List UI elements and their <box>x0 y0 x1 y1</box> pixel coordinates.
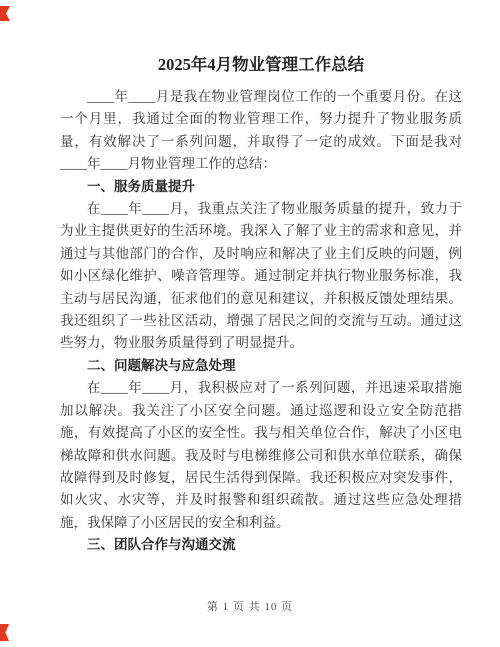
corner-ribbon-bottom <box>0 624 9 641</box>
document-content: 2025年4月物业管理工作总结 ____年____月是我在物业管理岗位工作的一个… <box>0 0 500 557</box>
body-paragraph: 在____年____月，我重点关注了物业服务质量的提升，致力于为业主提供更好的生… <box>60 198 462 355</box>
section-heading: 二、问题解决与应急处理 <box>60 355 462 377</box>
document-body: ____年____月是我在物业管理岗位工作的一个重要月份。在这一个月里，我通过全… <box>60 86 462 557</box>
document-page: 2025年4月物业管理工作总结 ____年____月是我在物业管理岗位工作的一个… <box>0 0 500 647</box>
body-paragraph: ____年____月是我在物业管理岗位工作的一个重要月份。在这一个月里，我通过全… <box>60 86 462 176</box>
body-paragraph: 在____年____月，我积极应对了一系列问题，并迅速采取措施加以解决。我关注了… <box>60 377 462 534</box>
page-number-footer: 第 1 页 共 10 页 <box>0 599 500 615</box>
page-title: 2025年4月物业管理工作总结 <box>60 52 462 78</box>
section-heading: 三、团队合作与沟通交流 <box>60 534 462 556</box>
section-heading: 一、服务质量提升 <box>60 176 462 198</box>
